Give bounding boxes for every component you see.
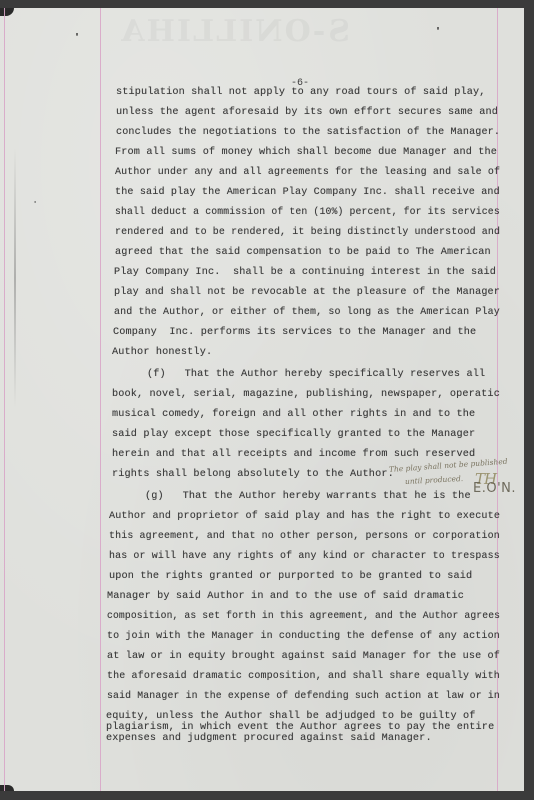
typed-line: Author under any and all agreements for … bbox=[115, 168, 500, 178]
typed-line: the aforesaid dramatic composition, and … bbox=[107, 672, 500, 682]
typed-line: at law or in equity brought against said… bbox=[107, 652, 500, 662]
typed-line: concludes the negotiations to the satisf… bbox=[116, 128, 500, 138]
typed-line: the said play the American Play Company … bbox=[115, 188, 500, 198]
document-viewer: S-ONILLIHA ' ' ' -6- stipulation shall n… bbox=[0, 0, 534, 800]
typed-line: musical comedy, foreign and all other ri… bbox=[112, 410, 475, 420]
typed-line: (g) That the Author hereby warrants that… bbox=[145, 492, 471, 502]
typed-line: said Manager in the expense of defending… bbox=[107, 692, 500, 702]
typed-line: agreed that the said compensation to be … bbox=[115, 248, 491, 258]
margin-mark-right: ' bbox=[435, 26, 441, 37]
page-fold-shadow bbox=[14, 148, 16, 408]
typed-line: Company Inc. performs its services to th… bbox=[113, 328, 476, 338]
page-corner-bottom bbox=[0, 785, 14, 791]
typed-line: said play except those specifically gran… bbox=[112, 430, 475, 440]
typed-line: rights shall belong absolutely to the Au… bbox=[112, 470, 394, 480]
typed-line: unless the agent aforesaid by its own ef… bbox=[116, 108, 498, 118]
handwritten-note-line-2: until produced. bbox=[405, 474, 464, 486]
typed-line: this agreement, and that no other person… bbox=[109, 532, 500, 542]
typed-line: herein and that all receipts and income … bbox=[112, 450, 475, 460]
typed-line: shall deduct a commission of ten (10%) p… bbox=[115, 208, 500, 218]
margin-rule-left bbox=[100, 8, 101, 791]
typed-line: Author and proprietor of said play and h… bbox=[109, 512, 500, 522]
document-page: S-ONILLIHA ' ' ' -6- stipulation shall n… bbox=[0, 8, 524, 791]
show-through-text: S-ONILLIHA bbox=[150, 14, 350, 48]
typed-line: has or will have any rights of any kind … bbox=[109, 552, 500, 562]
typed-line: upon the rights granted or purported to … bbox=[109, 572, 472, 582]
page-corner-top bbox=[0, 8, 14, 16]
typed-line: play and shall not be revocable at the p… bbox=[114, 288, 500, 298]
margin-mark-left: ' bbox=[74, 32, 80, 43]
typed-line: rendered and to be rendered, it being di… bbox=[115, 228, 500, 238]
typed-line: book, novel, serial, magazine, publishin… bbox=[112, 390, 500, 400]
typed-line: and the Author, or either of them, so lo… bbox=[114, 308, 500, 318]
margin-rule-outer-left bbox=[4, 8, 5, 791]
typed-line: (f) That the Author hereby specifically … bbox=[147, 370, 485, 380]
typed-line: Author honestly. bbox=[112, 348, 212, 358]
typed-line: composition, as set forth in this agreem… bbox=[107, 612, 500, 622]
typed-line: stipulation shall not apply to any road … bbox=[116, 88, 486, 98]
typed-line: plagiarism, in which event the Author ag… bbox=[106, 723, 494, 733]
typed-line: Manager by said Author in and to the use… bbox=[107, 592, 464, 602]
handwritten-initials-eon: E.O'N. bbox=[473, 481, 516, 496]
typed-line: to join with the Manager in conducting t… bbox=[107, 632, 500, 642]
margin-mark-side: ' bbox=[33, 200, 37, 208]
typed-line: equity, unless the Author shall be adjud… bbox=[106, 712, 476, 722]
typed-line: From all sums of money which shall becom… bbox=[115, 148, 497, 158]
typed-line: Play Company Inc. shall be a continuing … bbox=[114, 268, 496, 278]
typed-line: expenses and judgment procured against s… bbox=[106, 734, 432, 744]
